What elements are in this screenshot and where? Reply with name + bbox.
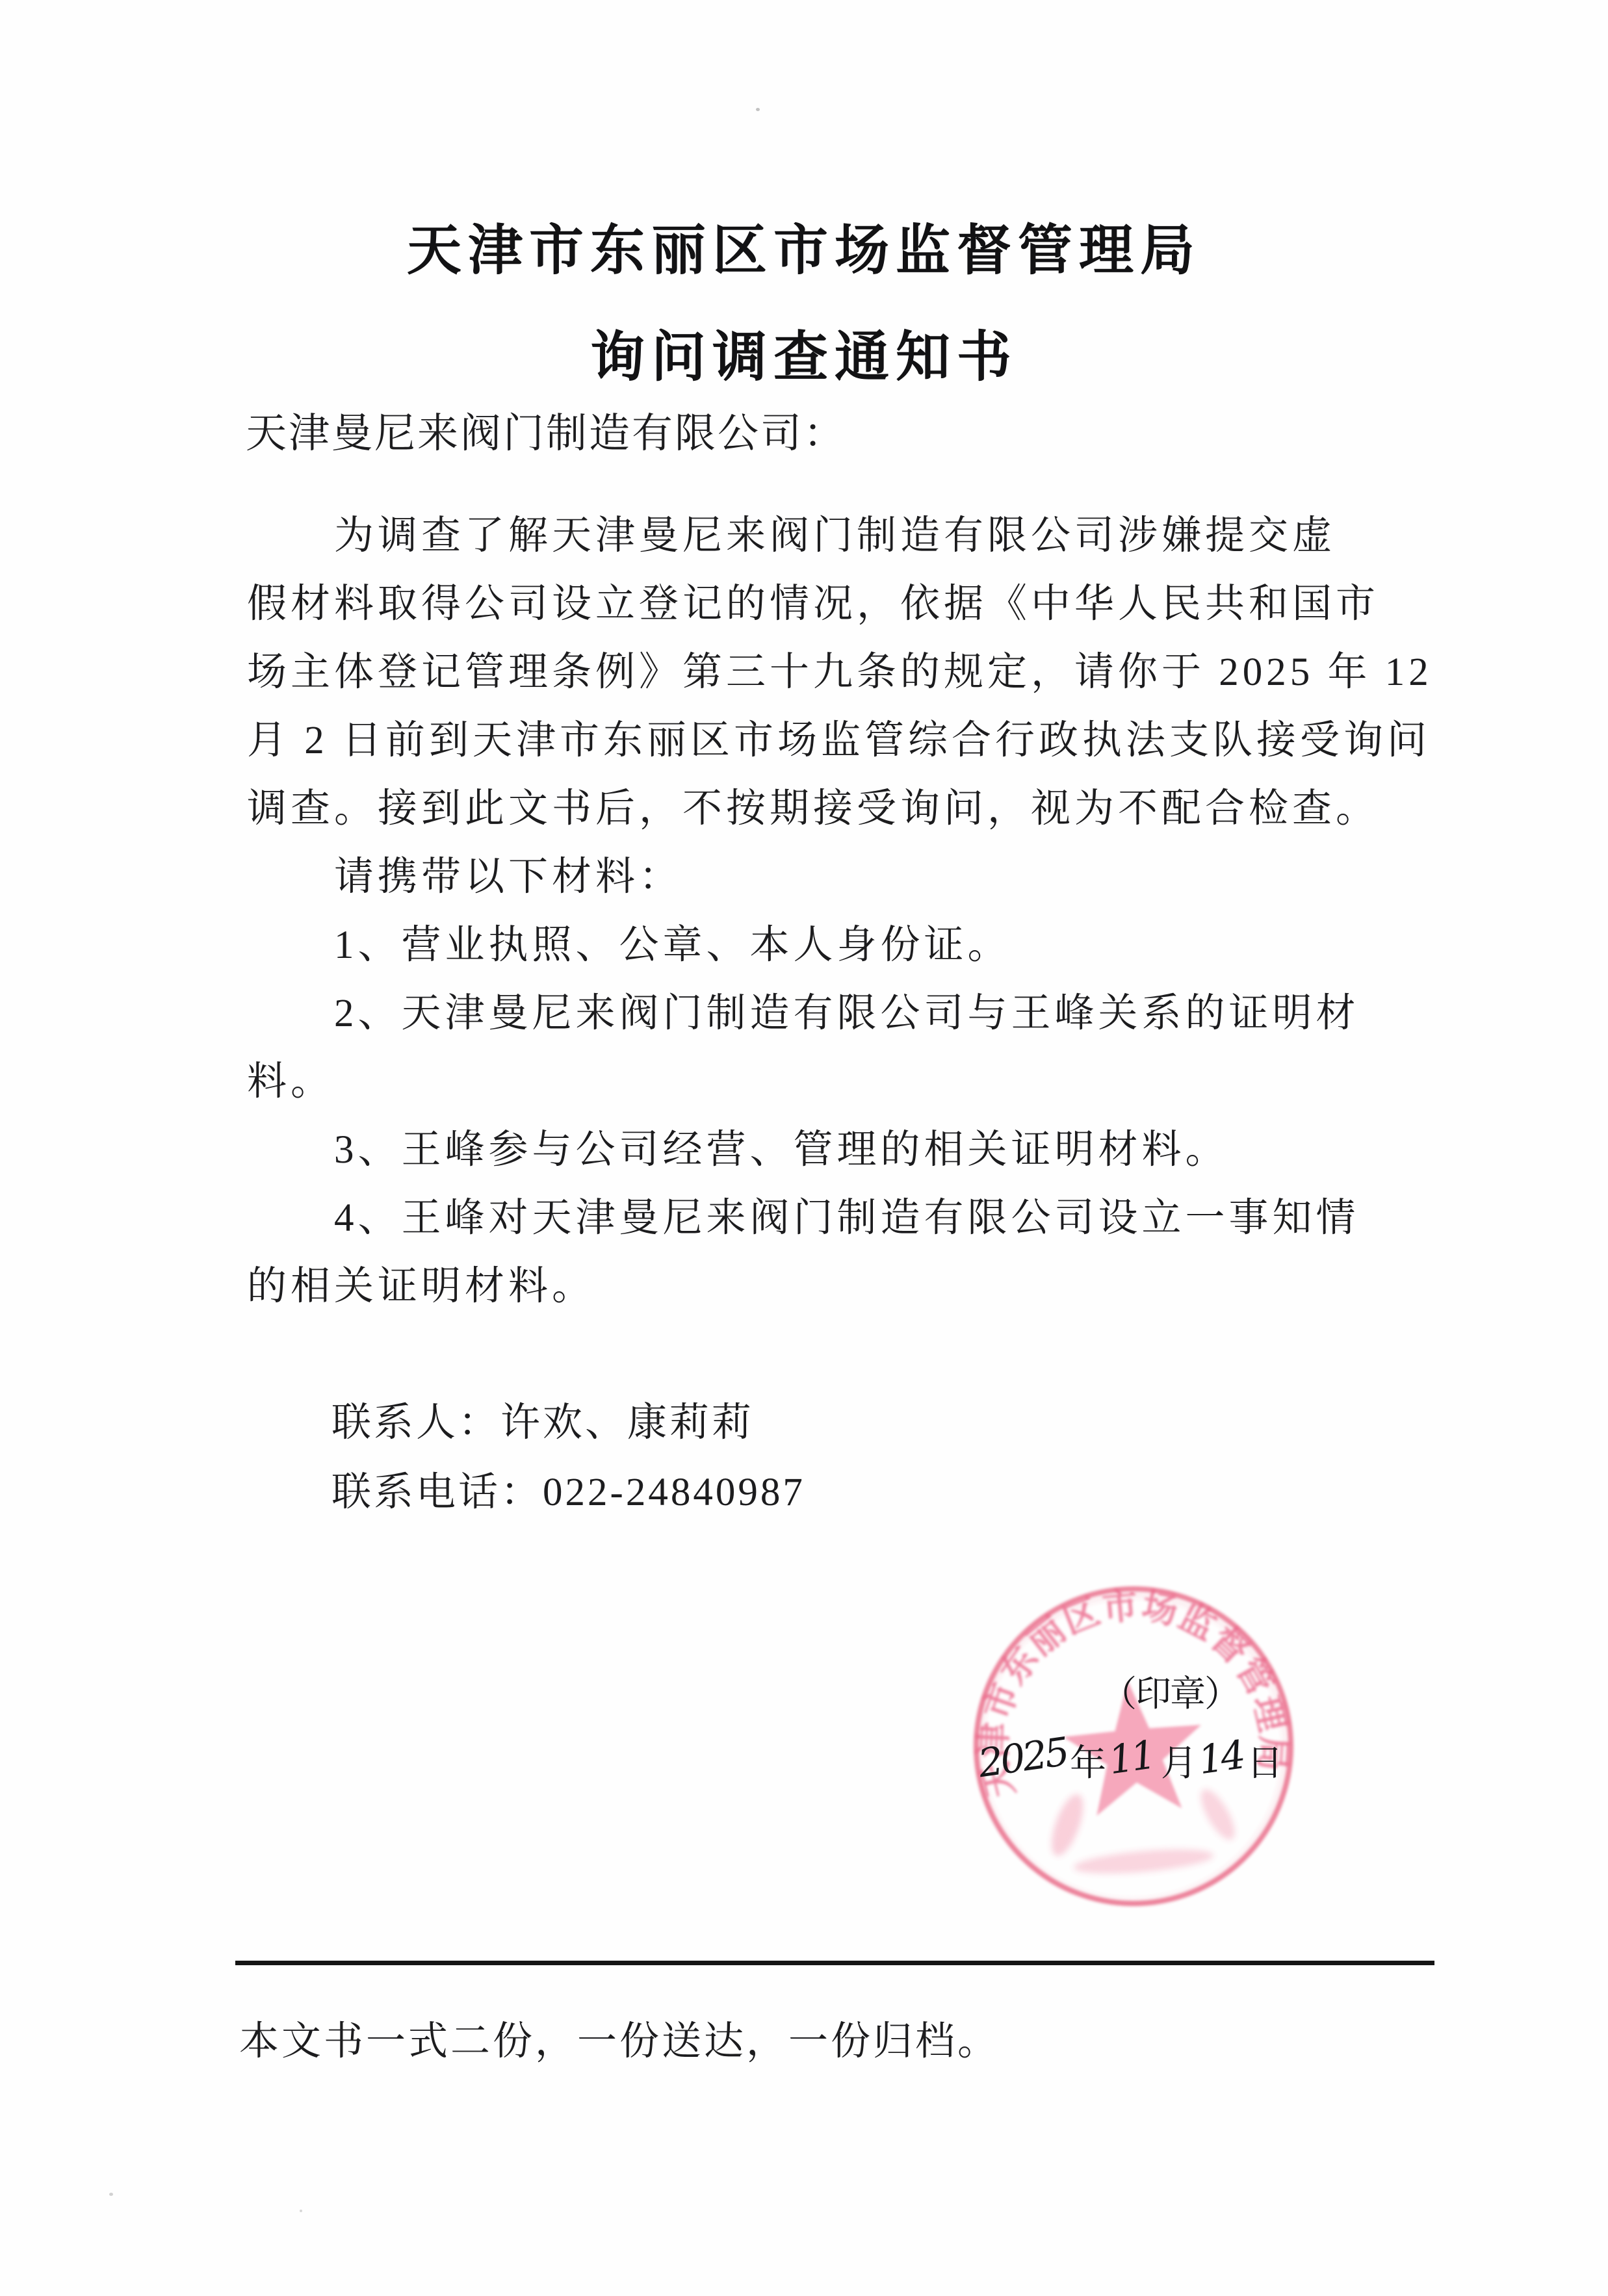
body-line: 场主体登记管理条例》第三十九条的规定，请你于 2025 年 12 [247,638,1417,706]
date-day-label: 日 [1247,1744,1283,1785]
footer-copies-note: 本文书一式二份，一份送达，一份归档。 [239,2009,1000,2066]
date-month-value: 11 [1106,1734,1156,1783]
body-line: 为调查了解天津曼尼来阀门制造有限公司涉嫌提交虚 [247,502,1417,570]
body-line: 请携带以下材料： [247,843,1417,911]
document-page: 天津市东丽区市场监督管理局 询问调查通知书 天津曼尼来阀门制造有限公司： 为调查… [0,0,1608,2296]
contact-person-line: 联系人：许欢、康莉莉 [247,1388,805,1458]
body-line: 1、营业执照、公章、本人身份证。 [247,911,1417,979]
scan-speck [300,2210,302,2212]
contact-block: 联系人：许欢、康莉莉 联系电话：022-24840987 [247,1388,805,1527]
body-line: 月 2 日前到天津市东丽区市场监管综合行政执法支队接受询问 [247,706,1417,775]
addressee-line: 天津曼尼来阀门制造有限公司： [246,400,846,459]
scan-speck [756,108,760,111]
scan-speck [109,2193,113,2196]
body-text: 为调查了解天津曼尼来阀门制造有限公司涉嫌提交虚假材料取得公司设立登记的情况，依据… [247,502,1417,1321]
body-line: 2、天津曼尼来阀门制造有限公司与王峰关系的证明材 [247,979,1417,1048]
seal-bottom-smudge [1073,1845,1215,1878]
seal-placeholder-note: （印章） [1101,1665,1239,1716]
body-line: 的相关证明材料。 [247,1252,1417,1321]
date-month-label: 月 [1161,1744,1197,1785]
body-line: 4、王峰对天津曼尼来阀门制造有限公司设立一事知情 [247,1184,1417,1252]
footer-divider-line [235,1961,1434,1965]
document-title-type: 询问调查通知书 [0,313,1608,392]
seal-right-smudge [1195,1785,1241,1844]
contact-phone-line: 联系电话：022-24840987 [247,1458,805,1527]
seal-left-smudge [1045,1790,1089,1859]
body-line: 调查。接到此文书后，不按期接受询问，视为不配合检查。 [247,775,1417,843]
body-line: 3、王峰参与公司经营、管理的相关证明材料。 [247,1116,1417,1184]
date-day-value: 14 [1196,1734,1246,1783]
body-line: 假材料取得公司设立登记的情况，依据《中华人民共和国市 [247,570,1417,638]
date-year-label: 年 [1070,1744,1106,1785]
body-line: 料。 [247,1048,1417,1116]
document-title-authority: 天津市东丽区市场监督管理局 [0,207,1608,285]
